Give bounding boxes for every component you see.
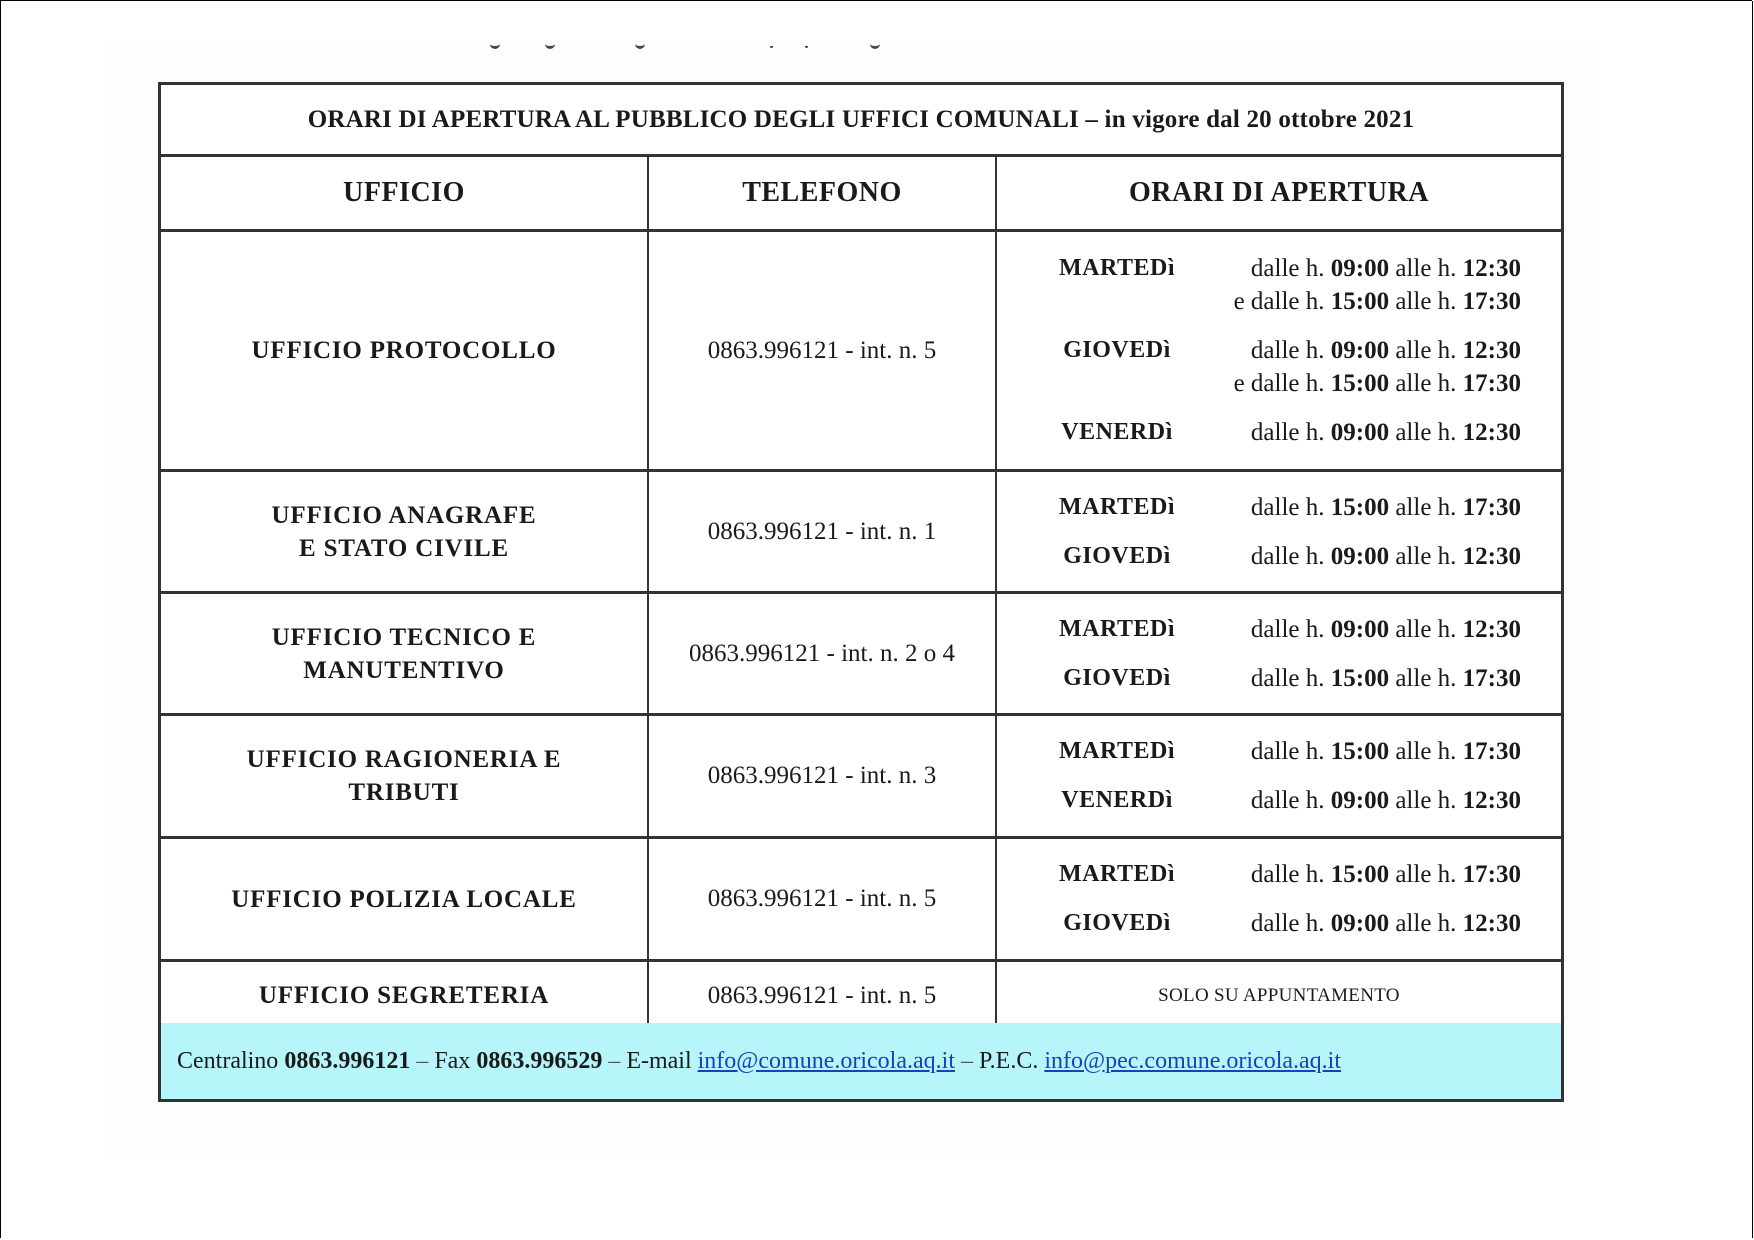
time-slot: dalle h. 09:00 alle h. 12:30	[1192, 252, 1521, 285]
time-slots: dalle h. 15:00 alle h. 17:30	[1192, 662, 1521, 695]
weekday: VENERDì	[1042, 416, 1192, 449]
slot-mid: alle h.	[1395, 288, 1456, 315]
slot-from: 15:00	[1331, 861, 1389, 888]
schedule-note: SOLO SU APPUNTAMENTO	[997, 962, 1561, 1029]
slot-to: 12:30	[1463, 337, 1521, 364]
title-dash: –	[1079, 106, 1105, 134]
time-slot: dalle h. 09:00 alle h. 12:30	[1192, 416, 1521, 449]
office-name-line: MANUTENTIVO	[272, 654, 537, 687]
time-slots: dalle h. 09:00 alle h. 12:30	[1192, 613, 1521, 646]
slot-prefix: dalle h.	[1251, 738, 1325, 765]
time-slot: dalle h. 09:00 alle h. 12:30	[1192, 540, 1521, 573]
time-slot: dalle h. 15:00 alle h. 17:30	[1192, 735, 1521, 768]
time-slots: dalle h. 15:00 alle h. 17:30	[1192, 491, 1521, 524]
table-row: UFFICIO ANAGRAFEE STATO CIVILE0863.99612…	[161, 472, 1561, 594]
slot-to: 12:30	[1463, 616, 1521, 643]
office-name: UFFICIO SEGRETERIA	[161, 962, 649, 1029]
office-name-line: E STATO CIVILE	[272, 532, 537, 565]
separator: –	[608, 1048, 620, 1075]
table-row: UFFICIO POLIZIA LOCALE0863.996121 - int.…	[161, 839, 1561, 962]
slot-to: 17:30	[1463, 494, 1521, 521]
weekday: MARTEDì	[1042, 735, 1192, 768]
office-phone: 0863.996121 - int. n. 2 o 4	[649, 594, 997, 713]
slot-prefix: dalle h.	[1251, 787, 1325, 814]
office-phone: 0863.996121 - int. n. 3	[649, 716, 997, 836]
office-phone: 0863.996121 - int. n. 5	[649, 962, 997, 1029]
slot-to: 12:30	[1463, 910, 1521, 937]
day-schedule: GIOVEDìdalle h. 09:00 alle h. 12:30e dal…	[1042, 334, 1521, 400]
slot-mid: alle h.	[1395, 337, 1456, 364]
opening-hours: MARTEDìdalle h. 15:00 alle h. 17:30GIOVE…	[997, 839, 1561, 959]
weekday: MARTEDì	[1042, 613, 1192, 646]
day-schedule: MARTEDìdalle h. 09:00 alle h. 12:30	[1042, 613, 1521, 646]
weekday: GIOVEDì	[1042, 540, 1192, 573]
slot-prefix: e dalle h.	[1234, 370, 1325, 397]
slot-from: 09:00	[1331, 255, 1389, 282]
slot-to: 17:30	[1463, 738, 1521, 765]
contact-footer: Centralino 0863.996121 – Fax 0863.996529…	[161, 1023, 1561, 1099]
header-ufficio: UFFICIO	[161, 157, 649, 229]
table-title-row: ORARI DI APERTURA AL PUBBLICO DEGLI UFFI…	[161, 85, 1561, 157]
office-name-line: UFFICIO ANAGRAFE	[272, 499, 537, 532]
slot-mid: alle h.	[1395, 616, 1456, 643]
day-schedule: GIOVEDìdalle h. 15:00 alle h. 17:30	[1042, 662, 1521, 695]
office-name-line: UFFICIO POLIZIA LOCALE	[231, 883, 576, 916]
slot-to: 17:30	[1463, 665, 1521, 692]
office-hours-table: ORARI DI APERTURA AL PUBBLICO DEGLI UFFI…	[158, 82, 1564, 1102]
opening-hours: MARTEDìdalle h. 15:00 alle h. 17:30GIOVE…	[997, 472, 1561, 591]
slot-to: 17:30	[1463, 370, 1521, 397]
slot-mid: alle h.	[1395, 255, 1456, 282]
time-slot: dalle h. 09:00 alle h. 12:30	[1192, 784, 1521, 817]
title-main: ORARI DI APERTURA AL PUBBLICO DEGLI UFFI…	[308, 106, 1079, 134]
time-slot: dalle h. 15:00 alle h. 17:30	[1192, 858, 1521, 891]
office-name: UFFICIO TECNICO EMANUTENTIVO	[161, 594, 649, 713]
slot-from: 15:00	[1331, 370, 1389, 397]
slot-prefix: dalle h.	[1251, 255, 1325, 282]
office-phone: 0863.996121 - int. n. 1	[649, 472, 997, 591]
opening-hours: MARTEDìdalle h. 09:00 alle h. 12:30GIOVE…	[997, 594, 1561, 713]
slot-from: 15:00	[1331, 494, 1389, 521]
slot-from: 15:00	[1331, 738, 1389, 765]
pec-link[interactable]: info@pec.comune.oricola.aq.it	[1044, 1048, 1341, 1075]
table-row: UFFICIO TECNICO EMANUTENTIVO0863.996121 …	[161, 594, 1561, 716]
fax-label: Fax	[434, 1048, 470, 1075]
office-name-line: UFFICIO TECNICO E	[272, 621, 537, 654]
office-name-line: UFFICIO SEGRETERIA	[259, 979, 549, 1012]
slot-mid: alle h.	[1395, 494, 1456, 521]
pec-label: P.E.C.	[979, 1048, 1038, 1075]
slot-mid: alle h.	[1395, 910, 1456, 937]
switchboard-label: Centralino	[177, 1048, 278, 1075]
slot-from: 09:00	[1331, 337, 1389, 364]
slot-mid: alle h.	[1395, 419, 1456, 446]
weekday: GIOVEDì	[1042, 907, 1192, 940]
slot-from: 09:00	[1331, 419, 1389, 446]
weekday: VENERDì	[1042, 784, 1192, 817]
separator: –	[416, 1048, 428, 1075]
day-schedule: GIOVEDìdalle h. 09:00 alle h. 12:30	[1042, 907, 1521, 940]
time-slot: dalle h. 15:00 alle h. 17:30	[1192, 491, 1521, 524]
slot-prefix: dalle h.	[1251, 419, 1325, 446]
office-name: UFFICIO RAGIONERIA ETRIBUTI	[161, 716, 649, 836]
time-slots: dalle h. 15:00 alle h. 17:30	[1192, 858, 1521, 891]
office-name: UFFICIO ANAGRAFEE STATO CIVILE	[161, 472, 649, 591]
weekday: MARTEDì	[1042, 252, 1192, 318]
time-slots: dalle h. 09:00 alle h. 12:30e dalle h. 1…	[1192, 252, 1521, 318]
slot-prefix: dalle h.	[1251, 543, 1325, 570]
time-slot: dalle h. 09:00 alle h. 12:30	[1192, 907, 1521, 940]
office-name: UFFICIO POLIZIA LOCALE	[161, 839, 649, 959]
table-row: UFFICIO PROTOCOLLO0863.996121 - int. n. …	[161, 232, 1561, 472]
slot-to: 12:30	[1463, 787, 1521, 814]
slot-prefix: dalle h.	[1251, 494, 1325, 521]
header-orari: ORARI DI APERTURA	[997, 157, 1561, 229]
opening-hours: MARTEDìdalle h. 15:00 alle h. 17:30VENER…	[997, 716, 1561, 836]
time-slot: dalle h. 09:00 alle h. 12:30	[1192, 334, 1521, 367]
day-schedule: MARTEDìdalle h. 09:00 alle h. 12:30e dal…	[1042, 252, 1521, 318]
slot-prefix: dalle h.	[1251, 616, 1325, 643]
time-slot: e dalle h. 15:00 alle h. 17:30	[1192, 367, 1521, 400]
slot-prefix: dalle h.	[1251, 337, 1325, 364]
time-slot: dalle h. 09:00 alle h. 12:30	[1192, 613, 1521, 646]
office-name: UFFICIO PROTOCOLLO	[161, 232, 649, 469]
office-name-line: TRIBUTI	[247, 776, 562, 809]
weekday: GIOVEDì	[1042, 334, 1192, 400]
table-row: UFFICIO SEGRETERIA0863.996121 - int. n. …	[161, 962, 1561, 1032]
time-slots: dalle h. 09:00 alle h. 12:30	[1192, 784, 1521, 817]
slot-from: 09:00	[1331, 616, 1389, 643]
header-telefono: TELEFONO	[649, 157, 997, 229]
slot-from: 15:00	[1331, 665, 1389, 692]
office-phone: 0863.996121 - int. n. 5	[649, 839, 997, 959]
table-row: UFFICIO RAGIONERIA ETRIBUTI0863.996121 -…	[161, 716, 1561, 839]
slot-prefix: dalle h.	[1251, 910, 1325, 937]
slot-to: 12:30	[1463, 419, 1521, 446]
day-schedule: MARTEDìdalle h. 15:00 alle h. 17:30	[1042, 858, 1521, 891]
office-name-line: UFFICIO PROTOCOLLO	[252, 334, 557, 367]
separator: –	[961, 1048, 973, 1075]
time-slots: dalle h. 09:00 alle h. 12:30	[1192, 907, 1521, 940]
slot-from: 09:00	[1331, 910, 1389, 937]
opening-hours: MARTEDìdalle h. 09:00 alle h. 12:30e dal…	[997, 232, 1561, 469]
email-label: E-mail	[626, 1048, 691, 1075]
weekday: MARTEDì	[1042, 858, 1192, 891]
slot-prefix: e dalle h.	[1234, 288, 1325, 315]
time-slots: dalle h. 15:00 alle h. 17:30	[1192, 735, 1521, 768]
fax-number: 0863.996529	[476, 1048, 602, 1075]
day-schedule: MARTEDìdalle h. 15:00 alle h. 17:30	[1042, 735, 1521, 768]
slot-prefix: dalle h.	[1251, 665, 1325, 692]
slot-mid: alle h.	[1395, 861, 1456, 888]
column-header-row: UFFICIO TELEFONO ORARI DI APERTURA	[161, 157, 1561, 232]
day-schedule: VENERDìdalle h. 09:00 alle h. 12:30	[1042, 416, 1521, 449]
slot-to: 17:30	[1463, 861, 1521, 888]
slot-mid: alle h.	[1395, 787, 1456, 814]
time-slot: e dalle h. 15:00 alle h. 17:30	[1192, 285, 1521, 318]
time-slot: dalle h. 15:00 alle h. 17:30	[1192, 662, 1521, 695]
slot-from: 09:00	[1331, 787, 1389, 814]
slot-to: 12:30	[1463, 543, 1521, 570]
slot-mid: alle h.	[1395, 370, 1456, 397]
cut-off-text-above	[0, 42, 1754, 52]
time-slots: dalle h. 09:00 alle h. 12:30e dalle h. 1…	[1192, 334, 1521, 400]
slot-to: 17:30	[1463, 288, 1521, 315]
title-effective-date: in vigore dal 20 ottobre 2021	[1105, 106, 1415, 134]
slot-from: 15:00	[1331, 288, 1389, 315]
office-phone: 0863.996121 - int. n. 5	[649, 232, 997, 469]
office-name-line: UFFICIO RAGIONERIA E	[247, 743, 562, 776]
slot-prefix: dalle h.	[1251, 861, 1325, 888]
slot-mid: alle h.	[1395, 665, 1456, 692]
time-slots: dalle h. 09:00 alle h. 12:30	[1192, 540, 1521, 573]
day-schedule: MARTEDìdalle h. 15:00 alle h. 17:30	[1042, 491, 1521, 524]
day-schedule: VENERDìdalle h. 09:00 alle h. 12:30	[1042, 784, 1521, 817]
switchboard-number: 0863.996121	[284, 1048, 410, 1075]
time-slots: dalle h. 09:00 alle h. 12:30	[1192, 416, 1521, 449]
slot-from: 09:00	[1331, 543, 1389, 570]
table-title: ORARI DI APERTURA AL PUBBLICO DEGLI UFFI…	[161, 85, 1561, 154]
weekday: MARTEDì	[1042, 491, 1192, 524]
day-schedule: GIOVEDìdalle h. 09:00 alle h. 12:30	[1042, 540, 1521, 573]
slot-mid: alle h.	[1395, 543, 1456, 570]
weekday: GIOVEDì	[1042, 662, 1192, 695]
slot-mid: alle h.	[1395, 738, 1456, 765]
slot-to: 12:30	[1463, 255, 1521, 282]
email-link[interactable]: info@comune.oricola.aq.it	[698, 1048, 955, 1075]
